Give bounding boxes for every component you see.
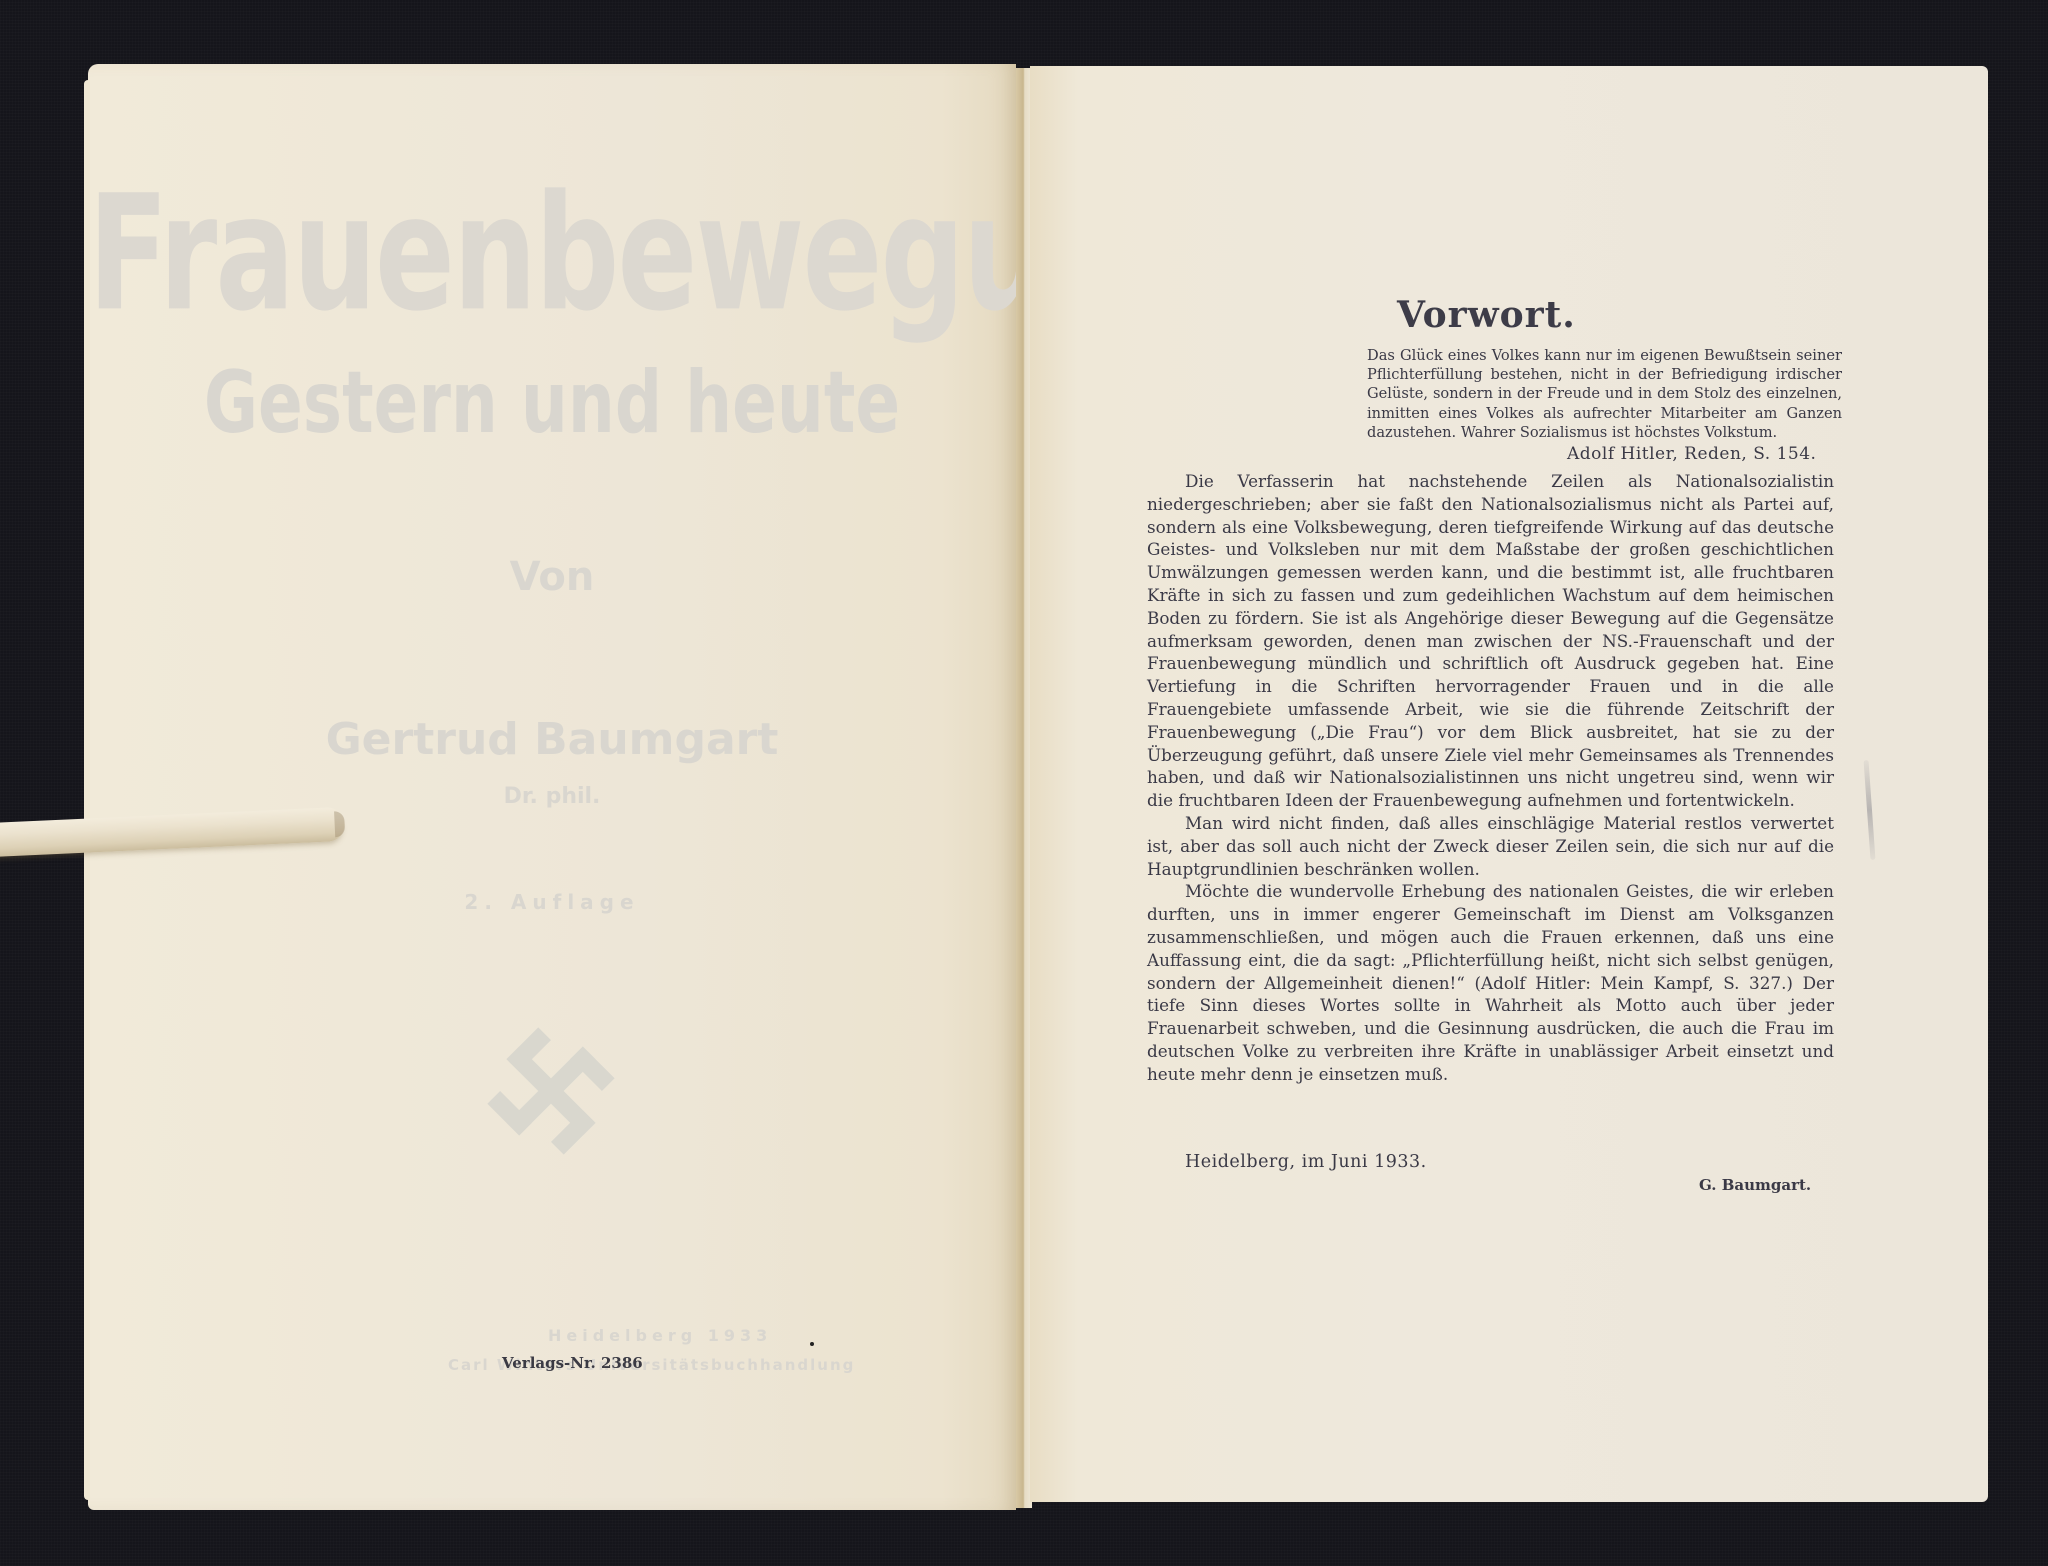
ink-speck	[810, 1342, 814, 1346]
epigraph-quote: Das Glück eines Volkes kann nur im eigen…	[1367, 346, 1842, 442]
faint-author-degree: Dr. phil.	[88, 784, 1016, 809]
faint-book-subtitle: Gestern und heute	[88, 352, 1016, 452]
author-signature: G. Baumgart.	[1699, 1176, 1811, 1194]
paragraph-1: Die Verfasserin hat nachstehende Zeilen …	[1147, 470, 1834, 812]
faint-edition: 2. Auflage	[88, 890, 1016, 914]
paragraph-2: Man wird nicht finden, daß alles einschl…	[1147, 812, 1834, 880]
faint-publisher-city: Heidelberg 1933	[548, 1326, 772, 1345]
faint-by-label: Von	[88, 554, 1016, 600]
epigraph-source: Adolf Hitler, Reden, S. 154.	[1567, 444, 1816, 464]
foreword-body: Die Verfasserin hat nachstehende Zeilen …	[1147, 470, 1834, 1086]
faint-author-name: Gertrud Baumgart	[88, 714, 1016, 765]
left-page: Frauenbewegung Gestern und heute Von Ger…	[88, 64, 1016, 1510]
pencil-mark	[1864, 760, 1876, 860]
place-date: Heidelberg, im Juni 1933.	[1185, 1152, 1427, 1172]
paragraph-3: Möchte die wundervolle Erhebung des nati…	[1147, 880, 1834, 1085]
faint-emblem-icon	[476, 1016, 626, 1166]
page-title: Vorwort.	[1397, 294, 1576, 336]
right-page: Vorwort. Das Glück eines Volkes kann nur…	[1030, 66, 1988, 1502]
publisher-number: Verlags-Nr. 2386	[502, 1354, 643, 1372]
faint-book-title: Frauenbewegung	[88, 160, 1016, 346]
